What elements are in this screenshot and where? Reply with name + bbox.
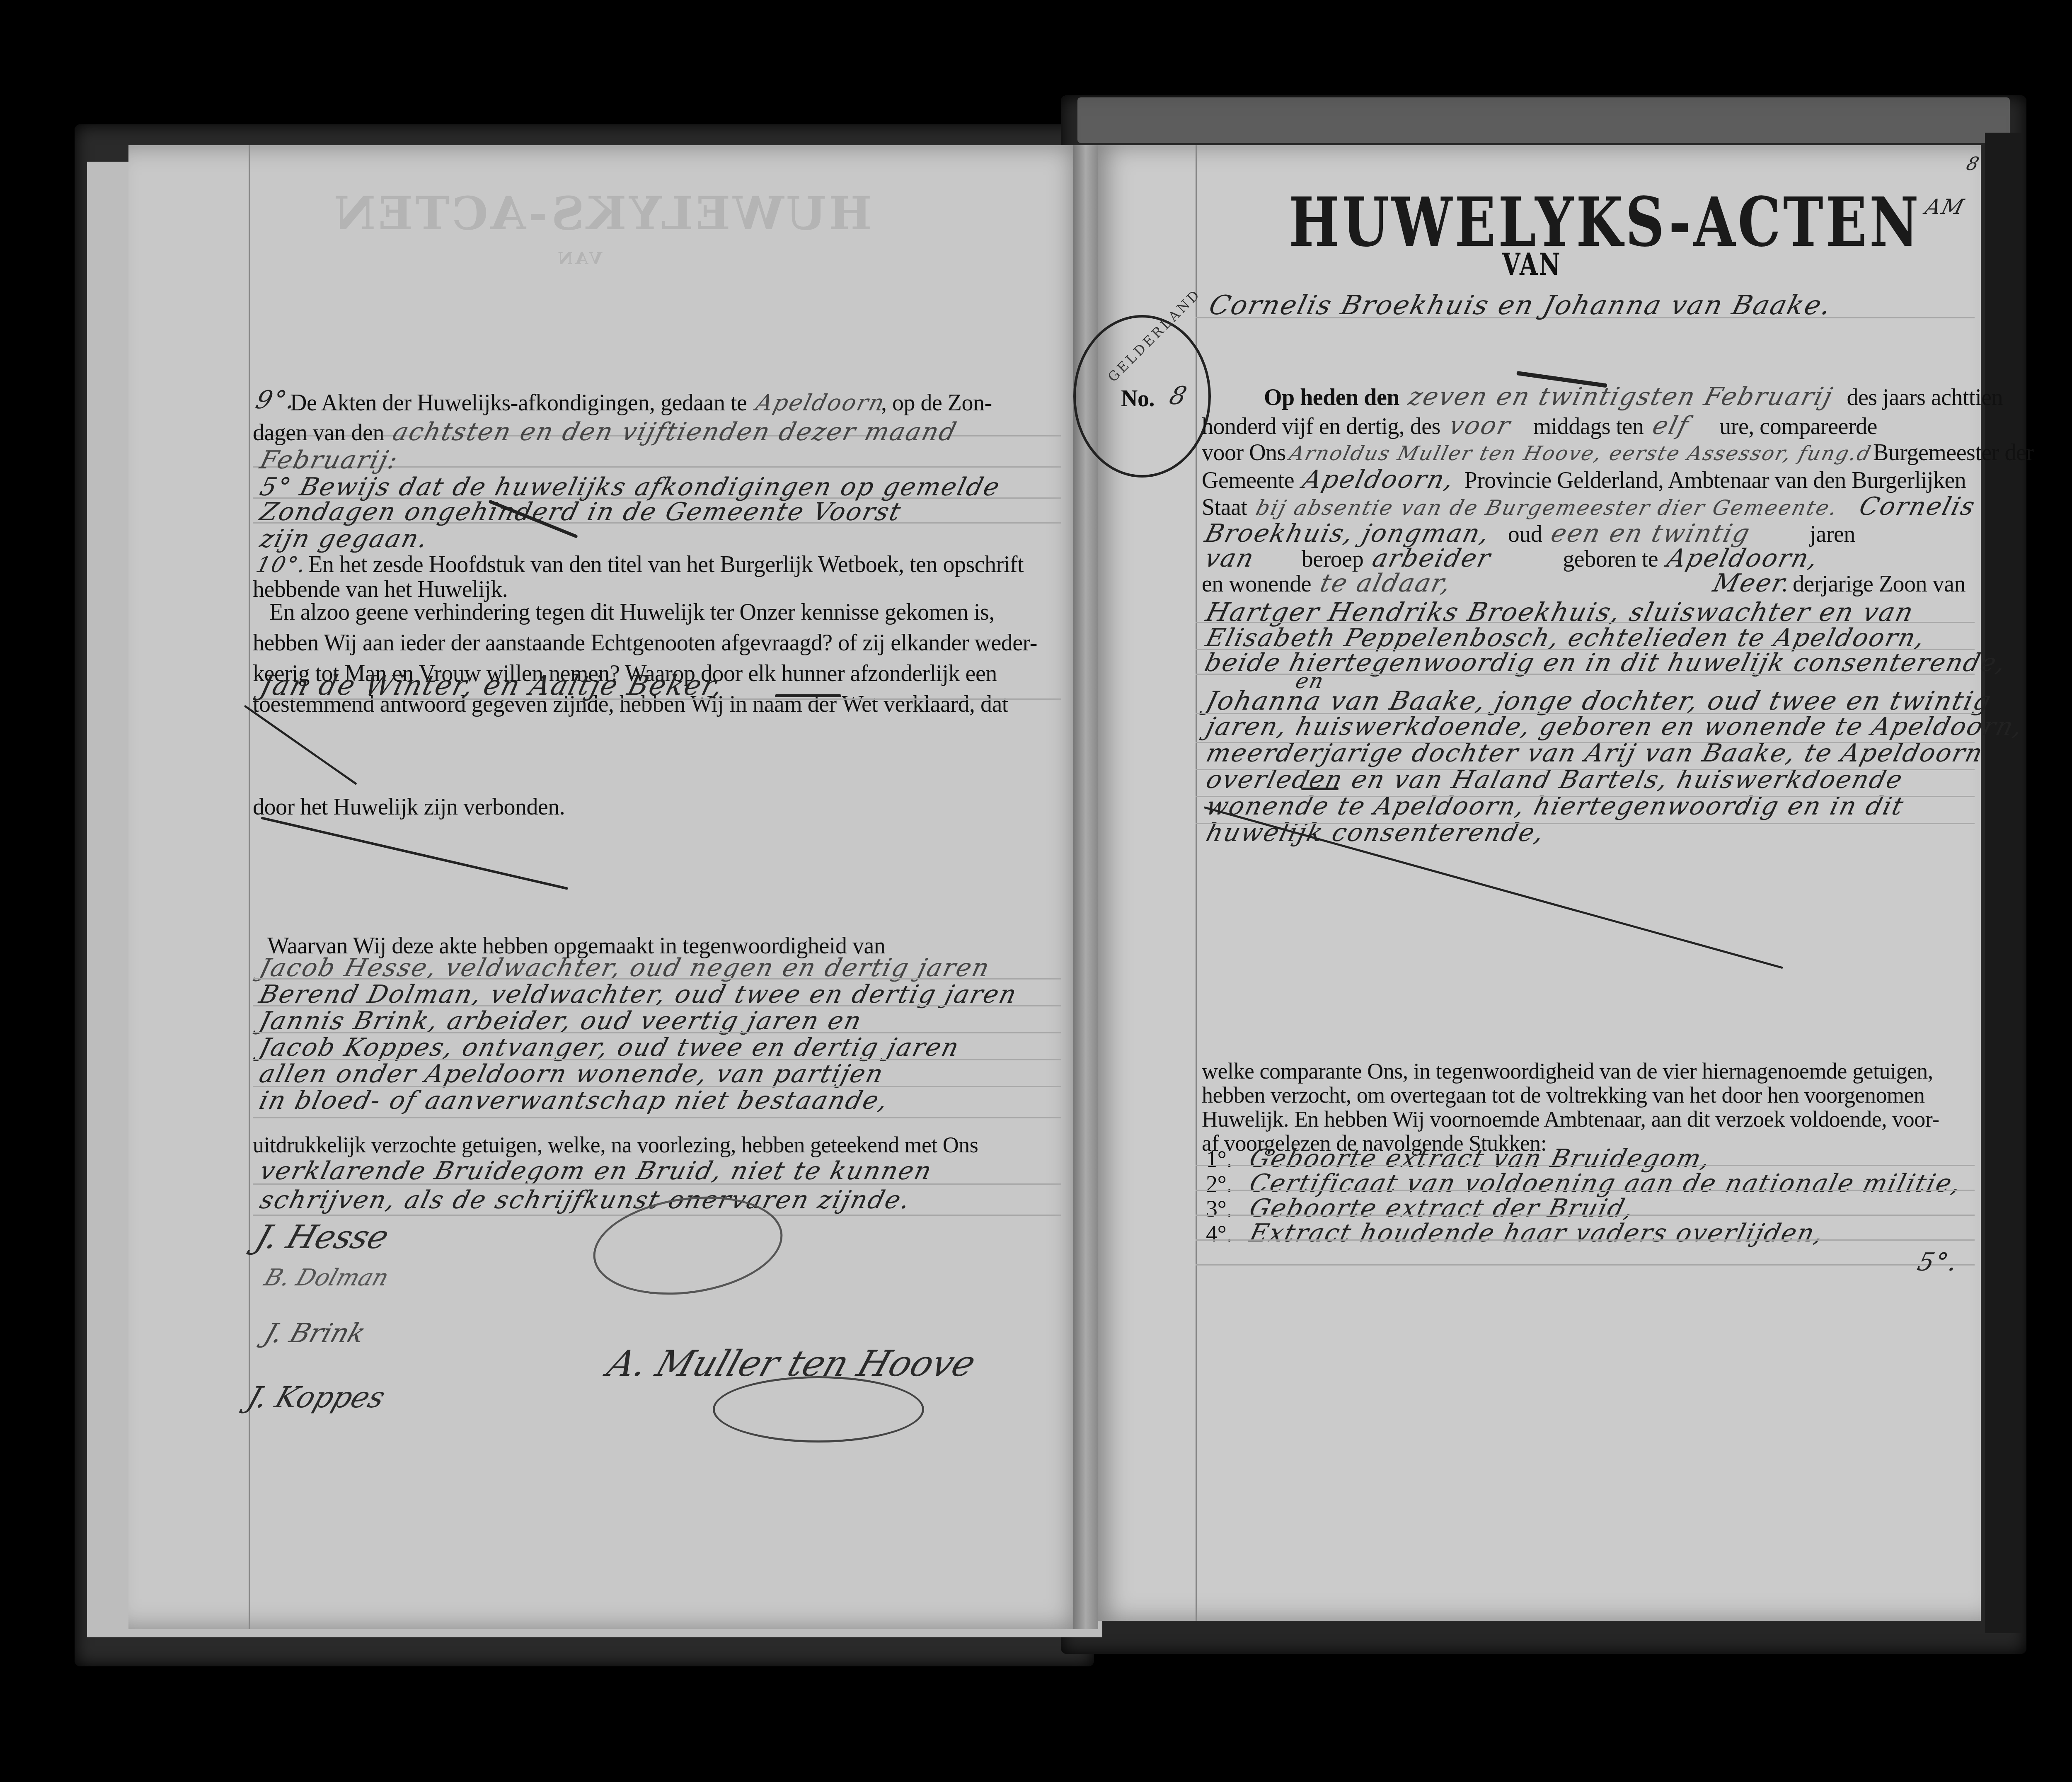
request-block: welke comparante Ons, in tegenwoordighei…: [1202, 1059, 1939, 1155]
ruled-line: [253, 1086, 1061, 1087]
print-text: . derjarige Zoon van: [1782, 571, 1965, 597]
ruled-line: [1196, 796, 1975, 797]
hand-hour: elf: [1649, 410, 1692, 441]
ruled-line: [1196, 713, 1975, 714]
declaration-line: hebben Wij aan ieder der aanstaande Echt…: [253, 628, 1037, 658]
witness-line: Jacob Hesse, veldwachter, oud negen en d…: [257, 953, 1021, 980]
print-text: middags ten: [1533, 414, 1644, 439]
document-number: 3°.: [1206, 1196, 1232, 1222]
parents-block: Hartger Hendriks Broekhuis, sluiswachter…: [1204, 597, 2020, 845]
item9-hand-1: achtsten en den vijftienden dezer maand: [390, 417, 961, 447]
item9-line2: dagen van den achtsten en den vijftiende…: [253, 417, 953, 448]
ruled-line: [1196, 742, 1975, 743]
ruled-line: [1196, 1264, 1975, 1266]
signed-hand-1: verklarende Bruidegom en Bruid, niet te …: [257, 1156, 936, 1186]
witness-line: in bloed- of aanverwantschap niet bestaa…: [257, 1086, 1021, 1113]
ruled-line: [1196, 1190, 1975, 1191]
hand-line: Elisabeth Peppelenbosch, echtelieden te …: [1204, 623, 2026, 648]
ruled-line: [253, 1117, 1061, 1118]
page-stack-right-edge: [1985, 133, 2022, 1633]
print-text: ure, compareerde: [1719, 414, 1877, 439]
folio-initials: AM: [1923, 195, 1968, 219]
ruled-line: [1196, 769, 1975, 770]
document-text: Extract houdende haar vaders overlijden,: [1247, 1219, 1828, 1248]
signature-brink: J. Brink: [260, 1318, 370, 1349]
ruled-line: [1196, 622, 1975, 623]
ghost-subheading: VAN: [555, 249, 603, 268]
document-number: 1°.: [1206, 1147, 1232, 1172]
hand-date: zeven en twintigsten Februarij: [1405, 381, 1837, 412]
witness-line: Jacob Koppes, ontvanger, oud twee en der…: [257, 1033, 1021, 1060]
print-text: voor Ons: [1202, 440, 1286, 466]
print-text: en wonende: [1202, 571, 1311, 597]
hand-municipality: Apeldoorn,: [1300, 464, 1458, 495]
signature-hesse: J. Hesse: [251, 1219, 393, 1256]
hand-line: Hartger Hendriks Broekhuis, sluiswachter…: [1204, 597, 2026, 623]
body-line-1: Op heden den zeven en twintigsten Februa…: [1264, 381, 2003, 413]
hand-line: beide hiertegenwoordig en in dit huwelij…: [1204, 648, 2025, 669]
print-text: Gemeente: [1202, 468, 1294, 493]
hand-line: Johanna van Baake, jonge dochter, oud tw…: [1204, 686, 2026, 712]
ruled-line: [253, 1032, 1061, 1033]
signed-hand-2: schrijven, als de schrijfkunst onervaren…: [257, 1186, 914, 1215]
request-line: hebben verzocht, om overtegaan tot de vo…: [1202, 1083, 1939, 1107]
witness-line: Jannis Brink, arbeider, oud veertig jare…: [257, 1006, 1021, 1033]
ruled-line: [1196, 1165, 1975, 1166]
print-text: Op heden den: [1264, 385, 1399, 410]
hand-line: jaren, huiswerkdoende, geboren en wonend…: [1204, 712, 2026, 739]
next-item-number: 5°.: [1915, 1248, 1962, 1277]
hand-residence: te aldaar,: [1317, 568, 1455, 599]
signature-koppes: J. Koppes: [243, 1380, 390, 1414]
line-filler-stroke: [775, 694, 841, 697]
item9-hand-2: Februarij:: [257, 446, 402, 475]
item9-hand-4: Zondagen ongehinderd in de Gemeente Voor…: [257, 497, 905, 526]
signed-intro: uitdrukkelijk verzochte getuigen, welke,…: [253, 1130, 978, 1160]
hand-line: en: [1204, 669, 2024, 686]
print-text: Provincie Gelderland, Ambtenaar van den …: [1464, 468, 1966, 493]
witness-line: Berend Dolman, veldwachter, oud twee en …: [257, 980, 1021, 1006]
hand-groom-first: Cornelis: [1856, 491, 1979, 522]
couple-names-heading: Cornelis Broekhuis en Johanna van Baake.: [1206, 290, 1835, 321]
item9-print-1: De Akten der Huwelijks-afkondigingen, ge…: [290, 390, 747, 416]
item9-print-3: dagen van den: [253, 420, 384, 446]
right-page: [1090, 145, 1981, 1621]
ruled-line: [253, 1183, 1061, 1185]
ruled-line: [1196, 1215, 1975, 1216]
ruled-line: [253, 978, 1061, 979]
item9-print-2: , op de Zon-: [881, 390, 992, 416]
couple-names: Jan de Winter, en Aaltje Beker,: [257, 669, 727, 701]
document-number: 4°.: [1206, 1221, 1232, 1247]
page-title: HUWELYKS-ACTEN: [1289, 182, 1921, 262]
hand-majority: Meer: [1710, 568, 1789, 599]
print-text: honderd vijf en dertig, des: [1202, 414, 1440, 439]
request-line: welke comparante Ons, in tegenwoordighei…: [1202, 1059, 1939, 1083]
page-subtitle: VAN: [1502, 247, 1561, 282]
signature-dolman: B. Dolman: [261, 1264, 392, 1291]
stamp-number-label: No.: [1121, 383, 1155, 414]
line-filler-stroke: [1301, 788, 1339, 790]
ruled-line: [1196, 649, 1975, 650]
print-text: Staat: [1202, 495, 1247, 520]
ruled-line: [1196, 674, 1975, 675]
ghost-heading: HUWELYKS-ACTEN: [332, 187, 872, 240]
ruled-line: [253, 1005, 1061, 1006]
cover-worn-edge: [1077, 97, 2010, 143]
document-number: 2°.: [1206, 1171, 1232, 1197]
signature-paraph: [713, 1376, 924, 1443]
item9-place: Apeldoorn: [753, 388, 888, 418]
declaration-line: En alzoo geene verhindering tegen dit Hu…: [253, 597, 1037, 628]
ruled-line: [1196, 823, 1975, 824]
body-line-8: en wonende te aldaar, Meer. derjarige Zo…: [1202, 568, 1965, 599]
ruled-line: [253, 1059, 1061, 1060]
witness-line: allen onder Apeldoorn wonende, van parti…: [257, 1060, 1021, 1086]
hand-time: voor: [1446, 410, 1514, 441]
ruled-line: [1196, 1239, 1975, 1241]
print-text: Burgemeester der: [1873, 440, 2033, 466]
item10-text-1: En het zesde Hoofdstuk van den titel van…: [308, 552, 1024, 577]
request-line: Huwelijk. En hebben Wij voornoemde Ambte…: [1202, 1107, 1939, 1131]
print-text: des jaars achttien: [1847, 385, 2003, 410]
documents-list: 1°. Geboorte extract van Bruidegom, 2°. …: [1206, 1144, 1958, 1244]
item9-text: De Akten der Huwelijks-afkondigingen, ge…: [290, 388, 992, 418]
bound-line: door het Huwelijk zijn verbonden.: [253, 792, 565, 822]
